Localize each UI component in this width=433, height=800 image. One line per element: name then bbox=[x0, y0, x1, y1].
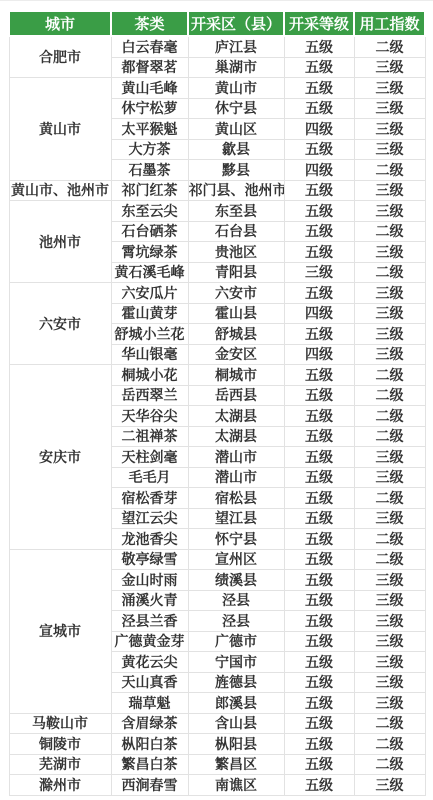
labor-index-cell: 三级 bbox=[354, 693, 425, 714]
table-row: 黄山市黄山毛峰黄山市五级三级 bbox=[9, 78, 425, 99]
tea-name-cell: 西涧春雪 bbox=[111, 775, 188, 796]
city-cell: 铜陵市 bbox=[9, 734, 111, 755]
table-row: 铜陵市枞阳白茶枞阳县五级二级 bbox=[9, 734, 425, 755]
column-header-mining-area: 开采区（县） bbox=[188, 11, 284, 36]
mining-grade-cell: 五级 bbox=[284, 652, 354, 673]
county-cell: 南谯区 bbox=[188, 775, 284, 796]
tea-name-cell: 华山银毫 bbox=[111, 344, 188, 365]
county-cell: 东至县 bbox=[188, 201, 284, 222]
table-row: 黄山市、池州市祁门红茶祁门县、池州市五级三级 bbox=[9, 180, 425, 201]
county-cell: 霍山县 bbox=[188, 303, 284, 324]
labor-index-cell: 三级 bbox=[354, 775, 425, 796]
labor-index-cell: 二级 bbox=[354, 365, 425, 386]
labor-index-cell: 三级 bbox=[354, 344, 425, 365]
tea-name-cell: 六安瓜片 bbox=[111, 283, 188, 304]
table-head: 城市 茶类 开采区（县） 开采等级 用工指数 bbox=[9, 11, 425, 36]
labor-index-cell: 二级 bbox=[354, 36, 425, 57]
county-cell: 休宁县 bbox=[188, 98, 284, 119]
mining-grade-cell: 五级 bbox=[284, 385, 354, 406]
labor-index-cell: 二级 bbox=[354, 488, 425, 509]
tea-name-cell: 泾县兰香 bbox=[111, 611, 188, 632]
mining-grade-cell: 五级 bbox=[284, 590, 354, 611]
county-cell: 郎溪县 bbox=[188, 693, 284, 714]
mining-grade-cell: 五级 bbox=[284, 570, 354, 591]
city-cell: 池州市 bbox=[9, 201, 111, 283]
labor-index-cell: 二级 bbox=[354, 262, 425, 283]
city-cell: 安庆市 bbox=[9, 365, 111, 550]
county-cell: 泾县 bbox=[188, 611, 284, 632]
mining-grade-cell: 五级 bbox=[284, 549, 354, 570]
city-cell: 黄山市、池州市 bbox=[9, 180, 111, 201]
labor-index-cell: 三级 bbox=[354, 324, 425, 345]
county-cell: 含山县 bbox=[188, 713, 284, 734]
labor-index-cell: 三级 bbox=[354, 631, 425, 652]
table-row: 安庆市桐城小花桐城市五级二级 bbox=[9, 365, 425, 386]
table-row: 合肥市白云春毫庐江县五级二级 bbox=[9, 36, 425, 57]
table-row: 六安市六安瓜片六安市五级三级 bbox=[9, 283, 425, 304]
labor-index-cell: 三级 bbox=[354, 57, 425, 78]
county-cell: 青阳县 bbox=[188, 262, 284, 283]
county-cell: 繁昌区 bbox=[188, 754, 284, 775]
city-cell: 芜湖市 bbox=[9, 754, 111, 775]
tea-name-cell: 天华谷尖 bbox=[111, 406, 188, 427]
county-cell: 歙县 bbox=[188, 139, 284, 160]
county-cell: 宣州区 bbox=[188, 549, 284, 570]
labor-index-cell: 三级 bbox=[354, 303, 425, 324]
tea-name-cell: 桐城小花 bbox=[111, 365, 188, 386]
table-row: 宣城市敬亭绿雪宣州区五级二级 bbox=[9, 549, 425, 570]
mining-grade-cell: 五级 bbox=[284, 611, 354, 632]
county-cell: 望江县 bbox=[188, 508, 284, 529]
tea-name-cell: 黄石溪毛峰 bbox=[111, 262, 188, 283]
county-cell: 宿松县 bbox=[188, 488, 284, 509]
mining-grade-cell: 五级 bbox=[284, 693, 354, 714]
labor-index-cell: 三级 bbox=[354, 242, 425, 263]
city-cell: 黄山市 bbox=[9, 78, 111, 181]
tea-name-cell: 毛毛月 bbox=[111, 467, 188, 488]
tea-name-cell: 涌溪火青 bbox=[111, 590, 188, 611]
tea-name-cell: 黄山毛峰 bbox=[111, 78, 188, 99]
tea-name-cell: 敬亭绿雪 bbox=[111, 549, 188, 570]
labor-index-cell: 三级 bbox=[354, 508, 425, 529]
labor-index-cell: 三级 bbox=[354, 652, 425, 673]
labor-index-cell: 二级 bbox=[354, 221, 425, 242]
mining-grade-cell: 五级 bbox=[284, 672, 354, 693]
mining-grade-cell: 五级 bbox=[284, 139, 354, 160]
mining-grade-cell: 四级 bbox=[284, 119, 354, 140]
county-cell: 岳西县 bbox=[188, 385, 284, 406]
labor-index-cell: 三级 bbox=[354, 467, 425, 488]
county-cell: 宁国市 bbox=[188, 652, 284, 673]
county-cell: 庐江县 bbox=[188, 36, 284, 57]
labor-index-cell: 二级 bbox=[354, 713, 425, 734]
tea-name-cell: 祁门红茶 bbox=[111, 180, 188, 201]
tea-name-cell: 霄坑绿茶 bbox=[111, 242, 188, 263]
column-header-city: 城市 bbox=[9, 11, 111, 36]
tea-name-cell: 太平猴魁 bbox=[111, 119, 188, 140]
tea-name-cell: 望江云尖 bbox=[111, 508, 188, 529]
page: 城市 茶类 开采区（县） 开采等级 用工指数 合肥市白云春毫庐江县五级二级都督翠… bbox=[0, 1, 433, 796]
county-cell: 太湖县 bbox=[188, 426, 284, 447]
mining-grade-cell: 五级 bbox=[284, 467, 354, 488]
county-cell: 黄山市 bbox=[188, 78, 284, 99]
tea-name-cell: 枞阳白茶 bbox=[111, 734, 188, 755]
county-cell: 巢湖市 bbox=[188, 57, 284, 78]
city-cell: 滁州市 bbox=[9, 775, 111, 796]
county-cell: 潜山市 bbox=[188, 447, 284, 468]
column-header-labor-index: 用工指数 bbox=[354, 11, 425, 36]
county-cell: 广德市 bbox=[188, 631, 284, 652]
table-header-row: 城市 茶类 开采区（县） 开采等级 用工指数 bbox=[9, 11, 425, 36]
city-cell: 六安市 bbox=[9, 283, 111, 365]
labor-index-cell: 三级 bbox=[354, 283, 425, 304]
table-row: 滁州市西涧春雪南谯区五级三级 bbox=[9, 775, 425, 796]
column-header-tea-type: 茶类 bbox=[111, 11, 188, 36]
mining-grade-cell: 五级 bbox=[284, 283, 354, 304]
county-cell: 金安区 bbox=[188, 344, 284, 365]
mining-grade-cell: 五级 bbox=[284, 180, 354, 201]
tea-name-cell: 瑞草魁 bbox=[111, 693, 188, 714]
tea-name-cell: 天柱剑毫 bbox=[111, 447, 188, 468]
tea-name-cell: 二祖禅茶 bbox=[111, 426, 188, 447]
city-cell: 合肥市 bbox=[9, 36, 111, 78]
labor-index-cell: 三级 bbox=[354, 180, 425, 201]
county-cell: 旌德县 bbox=[188, 672, 284, 693]
labor-index-cell: 三级 bbox=[354, 201, 425, 222]
mining-grade-cell: 五级 bbox=[284, 78, 354, 99]
county-cell: 石台县 bbox=[188, 221, 284, 242]
tea-name-cell: 金山时雨 bbox=[111, 570, 188, 591]
mining-grade-cell: 五级 bbox=[284, 57, 354, 78]
tea-name-cell: 岳西翠兰 bbox=[111, 385, 188, 406]
labor-index-cell: 二级 bbox=[354, 426, 425, 447]
tea-name-cell: 繁昌白茶 bbox=[111, 754, 188, 775]
tea-name-cell: 舒城小兰花 bbox=[111, 324, 188, 345]
labor-index-cell: 二级 bbox=[354, 734, 425, 755]
labor-index-cell: 三级 bbox=[354, 570, 425, 591]
city-cell: 马鞍山市 bbox=[9, 713, 111, 734]
tea-name-cell: 含眉绿茶 bbox=[111, 713, 188, 734]
tea-name-cell: 霍山黄芽 bbox=[111, 303, 188, 324]
county-cell: 枞阳县 bbox=[188, 734, 284, 755]
labor-index-cell: 二级 bbox=[354, 406, 425, 427]
county-cell: 黟县 bbox=[188, 160, 284, 181]
table-row: 芜湖市繁昌白茶繁昌区五级二级 bbox=[9, 754, 425, 775]
county-cell: 贵池区 bbox=[188, 242, 284, 263]
tea-name-cell: 黄花云尖 bbox=[111, 652, 188, 673]
tea-name-cell: 广德黄金芽 bbox=[111, 631, 188, 652]
tea-name-cell: 龙池香尖 bbox=[111, 529, 188, 550]
tea-name-cell: 白云春毫 bbox=[111, 36, 188, 57]
table-row: 马鞍山市含眉绿茶含山县五级二级 bbox=[9, 713, 425, 734]
mining-grade-cell: 五级 bbox=[284, 529, 354, 550]
tea-name-cell: 石台硒茶 bbox=[111, 221, 188, 242]
county-cell: 桐城市 bbox=[188, 365, 284, 386]
labor-index-cell: 二级 bbox=[354, 529, 425, 550]
mining-grade-cell: 五级 bbox=[284, 775, 354, 796]
mining-grade-cell: 四级 bbox=[284, 160, 354, 181]
labor-index-cell: 二级 bbox=[354, 160, 425, 181]
county-cell: 黄山区 bbox=[188, 119, 284, 140]
county-cell: 太湖县 bbox=[188, 406, 284, 427]
labor-index-cell: 三级 bbox=[354, 98, 425, 119]
mining-grade-cell: 五级 bbox=[284, 447, 354, 468]
labor-index-cell: 三级 bbox=[354, 119, 425, 140]
mining-grade-cell: 五级 bbox=[284, 754, 354, 775]
tea-name-cell: 大方茶 bbox=[111, 139, 188, 160]
labor-index-cell: 三级 bbox=[354, 447, 425, 468]
tea-name-cell: 都督翠茗 bbox=[111, 57, 188, 78]
table-body: 合肥市白云春毫庐江县五级二级都督翠茗巢湖市五级三级黄山市黄山毛峰黄山市五级三级休… bbox=[9, 36, 425, 795]
mining-grade-cell: 五级 bbox=[284, 242, 354, 263]
mining-grade-cell: 五级 bbox=[284, 508, 354, 529]
labor-index-cell: 二级 bbox=[354, 549, 425, 570]
county-cell: 六安市 bbox=[188, 283, 284, 304]
county-cell: 绩溪县 bbox=[188, 570, 284, 591]
tea-name-cell: 休宁松萝 bbox=[111, 98, 188, 119]
tea-name-cell: 东至云尖 bbox=[111, 201, 188, 222]
mining-grade-cell: 五级 bbox=[284, 201, 354, 222]
mining-grade-cell: 五级 bbox=[284, 221, 354, 242]
labor-index-cell: 三级 bbox=[354, 611, 425, 632]
mining-grade-cell: 五级 bbox=[284, 488, 354, 509]
tea-name-cell: 石墨茶 bbox=[111, 160, 188, 181]
county-cell: 泾县 bbox=[188, 590, 284, 611]
county-cell: 祁门县、池州市 bbox=[188, 180, 284, 201]
table-row: 池州市东至云尖东至县五级三级 bbox=[9, 201, 425, 222]
labor-index-cell: 三级 bbox=[354, 590, 425, 611]
mining-grade-cell: 五级 bbox=[284, 365, 354, 386]
county-cell: 舒城县 bbox=[188, 324, 284, 345]
city-cell: 宣城市 bbox=[9, 549, 111, 713]
tea-name-cell: 天山真香 bbox=[111, 672, 188, 693]
labor-index-cell: 二级 bbox=[354, 385, 425, 406]
mining-grade-cell: 五级 bbox=[284, 426, 354, 447]
mining-grade-cell: 五级 bbox=[284, 36, 354, 57]
mining-grade-cell: 五级 bbox=[284, 631, 354, 652]
county-cell: 怀宁县 bbox=[188, 529, 284, 550]
tea-grade-table: 城市 茶类 开采区（县） 开采等级 用工指数 合肥市白云春毫庐江县五级二级都督翠… bbox=[8, 10, 426, 796]
mining-grade-cell: 五级 bbox=[284, 324, 354, 345]
mining-grade-cell: 五级 bbox=[284, 713, 354, 734]
mining-grade-cell: 五级 bbox=[284, 98, 354, 119]
labor-index-cell: 三级 bbox=[354, 672, 425, 693]
labor-index-cell: 三级 bbox=[354, 139, 425, 160]
mining-grade-cell: 五级 bbox=[284, 406, 354, 427]
county-cell: 潜山市 bbox=[188, 467, 284, 488]
labor-index-cell: 二级 bbox=[354, 754, 425, 775]
mining-grade-cell: 四级 bbox=[284, 303, 354, 324]
column-header-mining-grade: 开采等级 bbox=[284, 11, 354, 36]
mining-grade-cell: 四级 bbox=[284, 344, 354, 365]
labor-index-cell: 三级 bbox=[354, 78, 425, 99]
mining-grade-cell: 三级 bbox=[284, 262, 354, 283]
mining-grade-cell: 五级 bbox=[284, 734, 354, 755]
tea-name-cell: 宿松香芽 bbox=[111, 488, 188, 509]
